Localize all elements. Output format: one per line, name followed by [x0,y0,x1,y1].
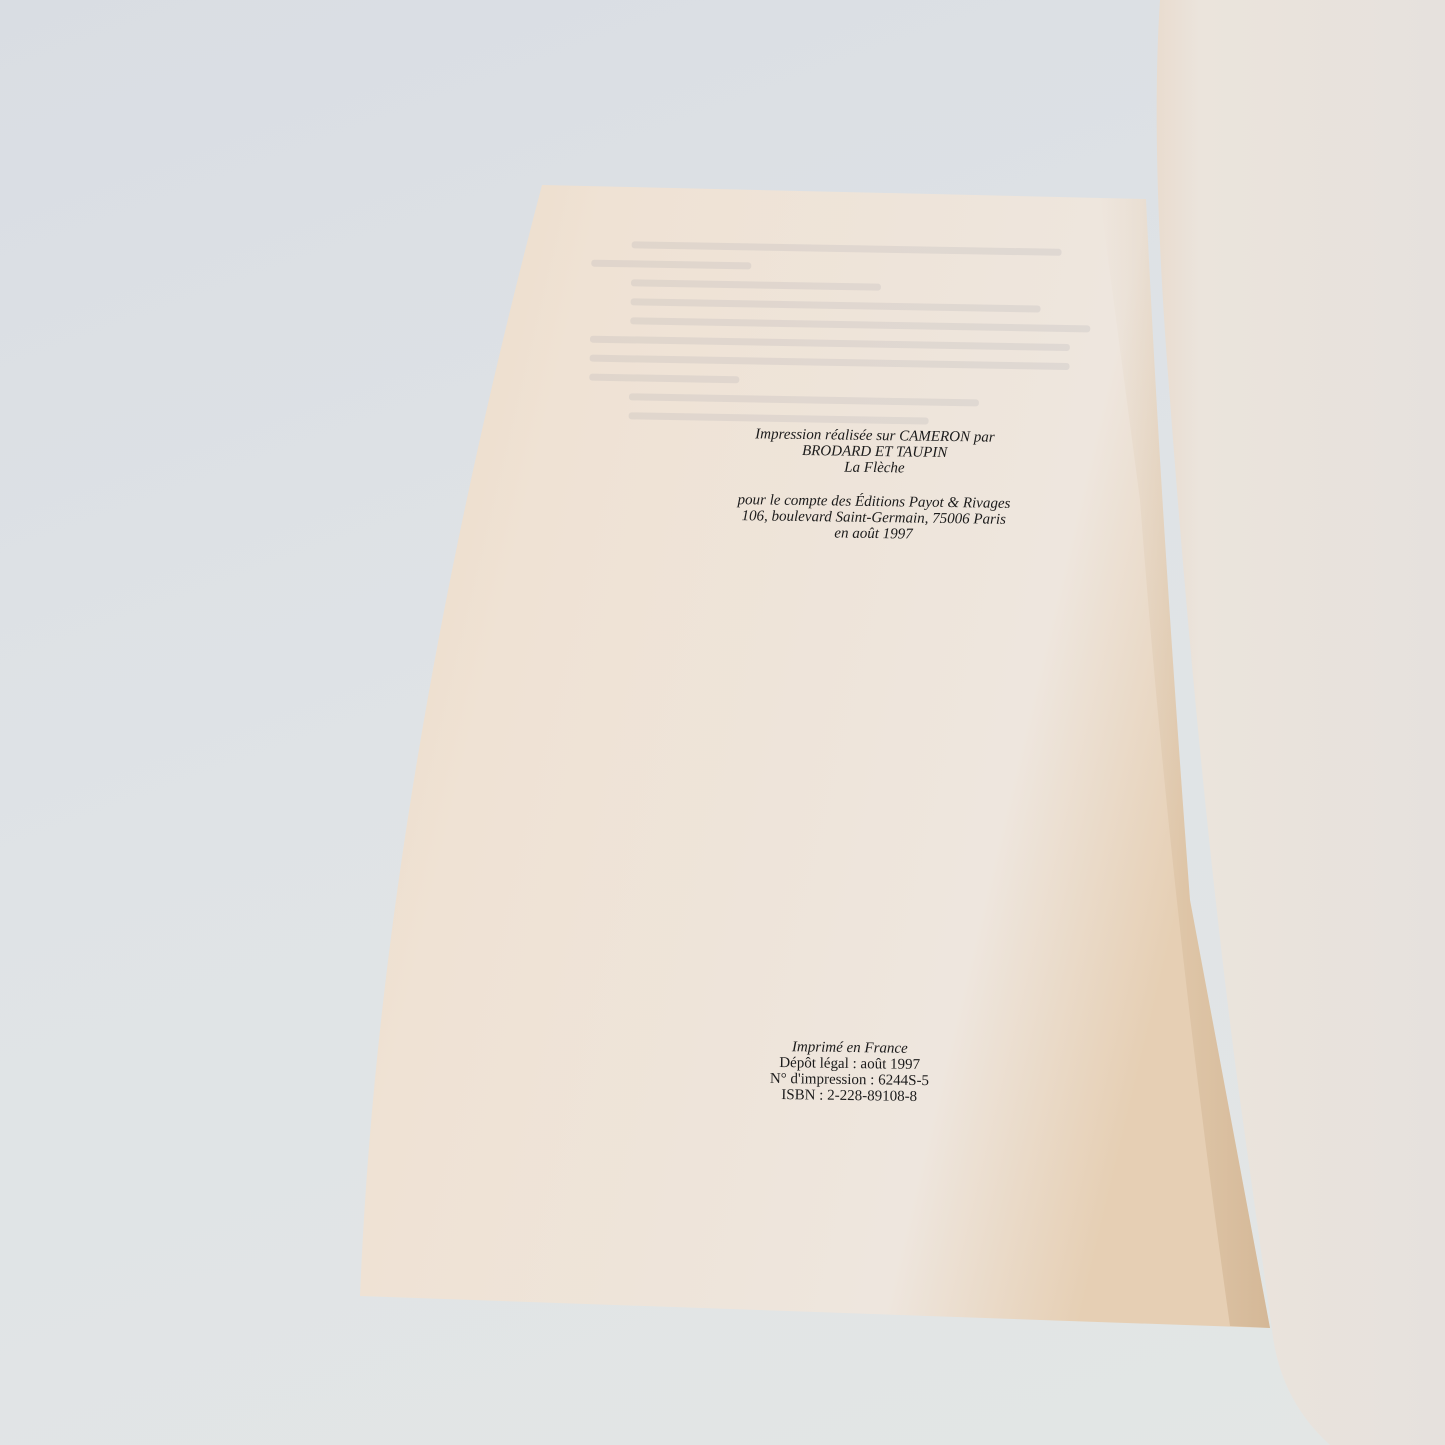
legal-info: Imprimé en France Dépôt légal : août 199… [699,1038,1000,1106]
photo-scene: Impression réalisée sur CAMERON par BROD… [0,0,1445,1445]
book-shapes [0,0,1445,1445]
printer-colophon: Impression réalisée sur CAMERON par BROD… [638,425,1110,546]
bleed-through-text [588,241,1091,440]
